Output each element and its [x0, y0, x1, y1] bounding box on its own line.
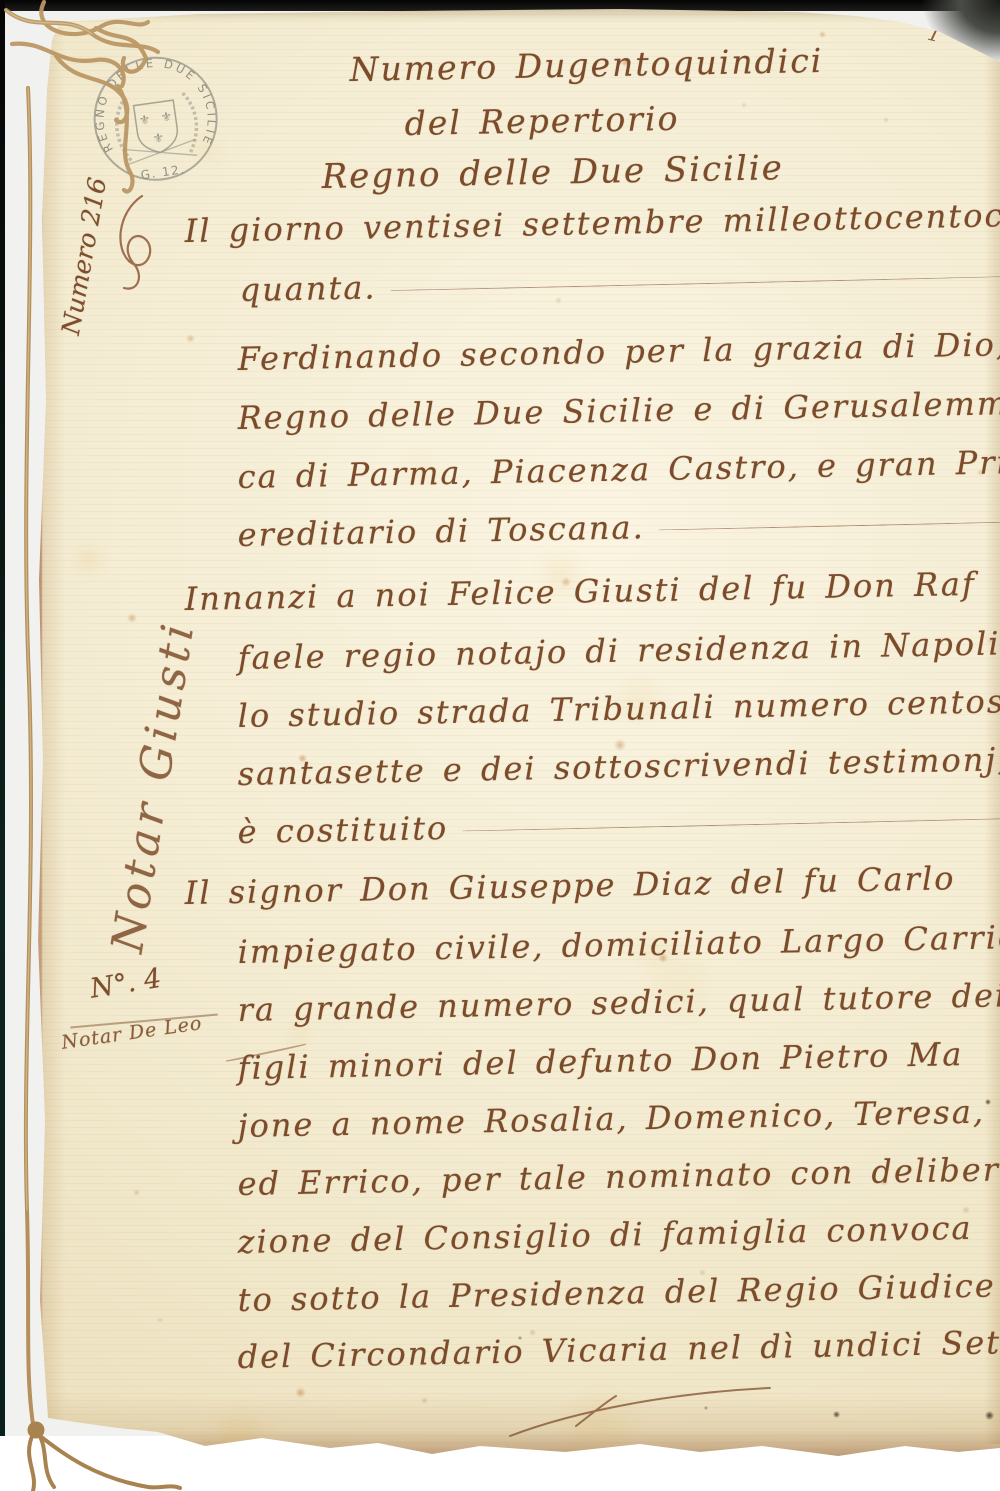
manuscript-line: to sotto la Presidenza del Regio Giudice	[237, 1266, 996, 1319]
ink-rule	[462, 818, 1000, 832]
manuscript-line: faele regio notajo di residenza in Napol…	[237, 623, 1000, 677]
manuscript-line-text: è costituito	[237, 809, 448, 851]
manuscript-line-text: Il giorno ventisei settembre milleottoce…	[184, 196, 1000, 250]
manuscript-line: impiegato civile, domiciliato Largo Carr…	[237, 918, 1000, 971]
manuscript-line: ra grande numero sedici, qual tutore dei	[237, 976, 1000, 1029]
fleur-de-lis-icon: ⚜	[152, 131, 166, 147]
scanner-edge-left	[0, 0, 5, 1491]
manuscript-line-text: figli minori del defunto Don Pietro Ma	[237, 1035, 963, 1087]
foxing-spot	[127, 613, 137, 623]
margin-case-number: N°. 4	[88, 963, 163, 1005]
ink-rule	[659, 521, 1000, 531]
manuscript-line-text: santasette e dei sottoscrivendi testimon…	[237, 739, 1000, 793]
foxing-spot	[819, 31, 826, 38]
manuscript-line: Regno delle Due Sicilie e di Gerusalemme…	[237, 382, 1000, 437]
foxing-spot	[186, 334, 195, 343]
manuscript-line: ereditario di Toscana.	[237, 500, 1000, 554]
manuscript-line-text: zione del Consiglio di famiglia convoca	[237, 1209, 973, 1261]
foxing-spot	[157, 1317, 163, 1323]
manuscript-line: lo studio strada Tribunali numero centos…	[237, 682, 1000, 735]
manuscript-line: ca di Parma, Piacenza Castro, e gran Pri…	[237, 441, 1000, 496]
laurel-branch-left	[113, 101, 131, 162]
binding-fold-line	[38, 22, 42, 1420]
manuscript-line: Il giorno ventisei settembre milleottoce…	[184, 196, 1000, 250]
manuscript-line: santasette e dei sottoscrivendi testimon…	[237, 739, 1000, 793]
manuscript-line-text: del Circondario Vicaria nel dì undici Se…	[237, 1323, 1000, 1376]
thread-left-edge	[26, 88, 33, 1424]
foxing-spot	[883, 117, 889, 123]
paper-sheet: REGNO DELLE DUE SICILIE ⚜ ⚜ ⚜ G. 12. Num…	[0, 0, 1000, 1491]
fleur-de-lis-icon: ⚜	[138, 113, 152, 129]
foxing-spot	[133, 1189, 140, 1196]
manuscript-line-text: Innanzi a noi Felice Giusti del fu Don R…	[184, 565, 976, 618]
manuscript-line-text: ereditario di Toscana.	[237, 508, 645, 554]
ink-rule	[391, 276, 1000, 291]
manuscript-line: jone a nome Rosalia, Domenico, Teresa,	[237, 1093, 985, 1145]
margin-case-note: Notar De Leo	[60, 1012, 204, 1054]
manuscript-line-text: to sotto la Presidenza del Regio Giudice	[237, 1266, 996, 1319]
manuscript-line: Il signor Don Giuseppe Diaz del fu Carlo	[184, 859, 955, 912]
manuscript-line-text: faele regio notajo di residenza in Napol…	[237, 623, 1000, 677]
foxing-spot	[70, 542, 106, 578]
manuscript-line-text: quanta.	[239, 268, 377, 309]
manuscript-line-text: ca di Parma, Piacenza Castro, e gran Pri…	[237, 441, 1000, 496]
manuscript-line-text: Regno delle Due Sicilie e di Gerusalemme…	[237, 382, 1000, 437]
manuscript-line: ed Errico, per tale nominato con deliber…	[237, 1150, 1000, 1203]
manuscript-line-text: lo studio strada Tribunali numero centos…	[237, 682, 1000, 735]
manuscript-line-text: ra grande numero sedici, qual tutore dei	[237, 976, 1000, 1029]
heading-kingdom: Regno delle Due Sicilie	[321, 148, 784, 197]
manuscript-line: è costituito	[237, 798, 1000, 851]
closing-flourish	[498, 1378, 798, 1448]
fleur-de-lis-icon: ⚜	[160, 109, 174, 125]
aged-left-edge	[38, 20, 66, 1422]
manuscript-line: Ferdinando secondo per la grazia di Dio,…	[237, 323, 1000, 378]
scanner-edge-top	[0, 0, 1000, 11]
manuscript-line: quanta.	[239, 256, 1000, 309]
heading-act-number: Numero Dugentoquindici	[349, 41, 823, 89]
manuscript-line: figli minori del defunto Don Pietro Ma	[237, 1035, 963, 1087]
manuscript-line: zione del Consiglio di famiglia convoca	[237, 1209, 973, 1261]
manuscript-line: del Circondario Vicaria nel dì undici Se…	[237, 1323, 1000, 1376]
manuscript-line-text: Il signor Don Giuseppe Diaz del fu Carlo	[184, 859, 955, 912]
paraph-flourish	[108, 190, 178, 300]
manuscript-line-text: impiegato civile, domiciliato Largo Carr…	[237, 918, 1000, 971]
manuscript-line-text: ed Errico, per tale nominato con deliber…	[237, 1150, 1000, 1203]
scanned-document-page: REGNO DELLE DUE SICILIE ⚜ ⚜ ⚜ G. 12. Num…	[0, 0, 1000, 1491]
manuscript-line-text: Ferdinando secondo per la grazia di Dio,…	[237, 323, 1000, 378]
heading-repertory: del Repertorio	[404, 99, 680, 143]
stamp-denomination: G. 12.	[140, 162, 187, 182]
manuscript-line-text: jone a nome Rosalia, Domenico, Teresa,	[237, 1093, 985, 1145]
manuscript-line: Innanzi a noi Felice Giusti del fu Don R…	[184, 565, 976, 618]
foxing-spot	[741, 102, 747, 108]
